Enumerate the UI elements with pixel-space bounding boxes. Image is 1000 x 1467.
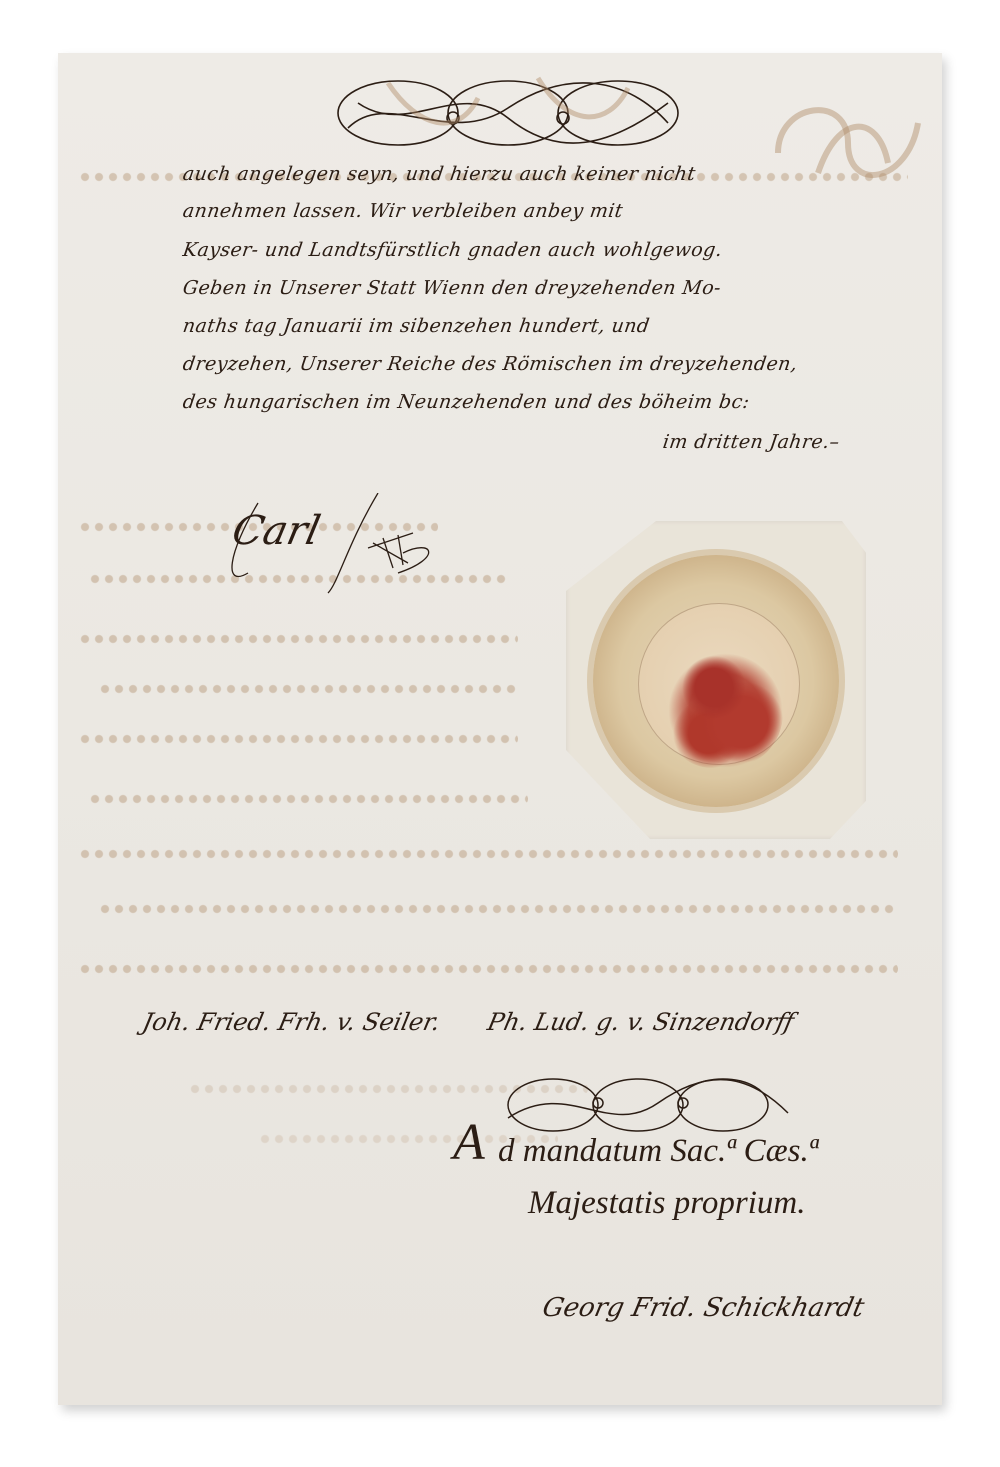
bleed-monogram-icon xyxy=(758,83,928,193)
secretary-signature: Georg Frid. Schickhardt xyxy=(540,1293,867,1323)
body-line: auch angelegen seyn, und hierzu auch kei… xyxy=(181,163,697,185)
countersignature-left: Joh. Fried. Frh. v. Seiler. xyxy=(140,1008,443,1036)
attestation-line-1: d mandatum Sac.ª Cæs.ª xyxy=(498,1133,818,1170)
attestation-initial: A xyxy=(453,1113,485,1172)
attestation-line-2: Majestatis proprium. xyxy=(528,1185,805,1222)
body-line: des hungarischen im Neunzehenden und des… xyxy=(181,391,751,413)
body-line: Kayser- und Landtsfürstlich gnaden auch … xyxy=(181,239,723,261)
top-flourish-icon xyxy=(328,68,688,158)
body-line: naths tag Januarii im sibenzehen hundert… xyxy=(181,315,651,337)
body-line: dreyzehen, Unserer Reiche des Römischen … xyxy=(181,353,798,375)
body-line: Geben in Unserer Statt Wienn den dreyzeh… xyxy=(181,277,722,299)
body-line-closing: im dritten Jahre.– xyxy=(661,431,841,453)
body-line: annehmen lassen. Wir verbleiben anbey mi… xyxy=(181,200,624,222)
countersignature-right: Ph. Lud. g. v. Sinzendorff xyxy=(485,1008,797,1036)
seal-red-wax xyxy=(668,653,783,768)
signature-paraph-icon xyxy=(218,493,458,603)
document-page: auch angelegen seyn, und hierzu auch kei… xyxy=(58,53,942,1405)
